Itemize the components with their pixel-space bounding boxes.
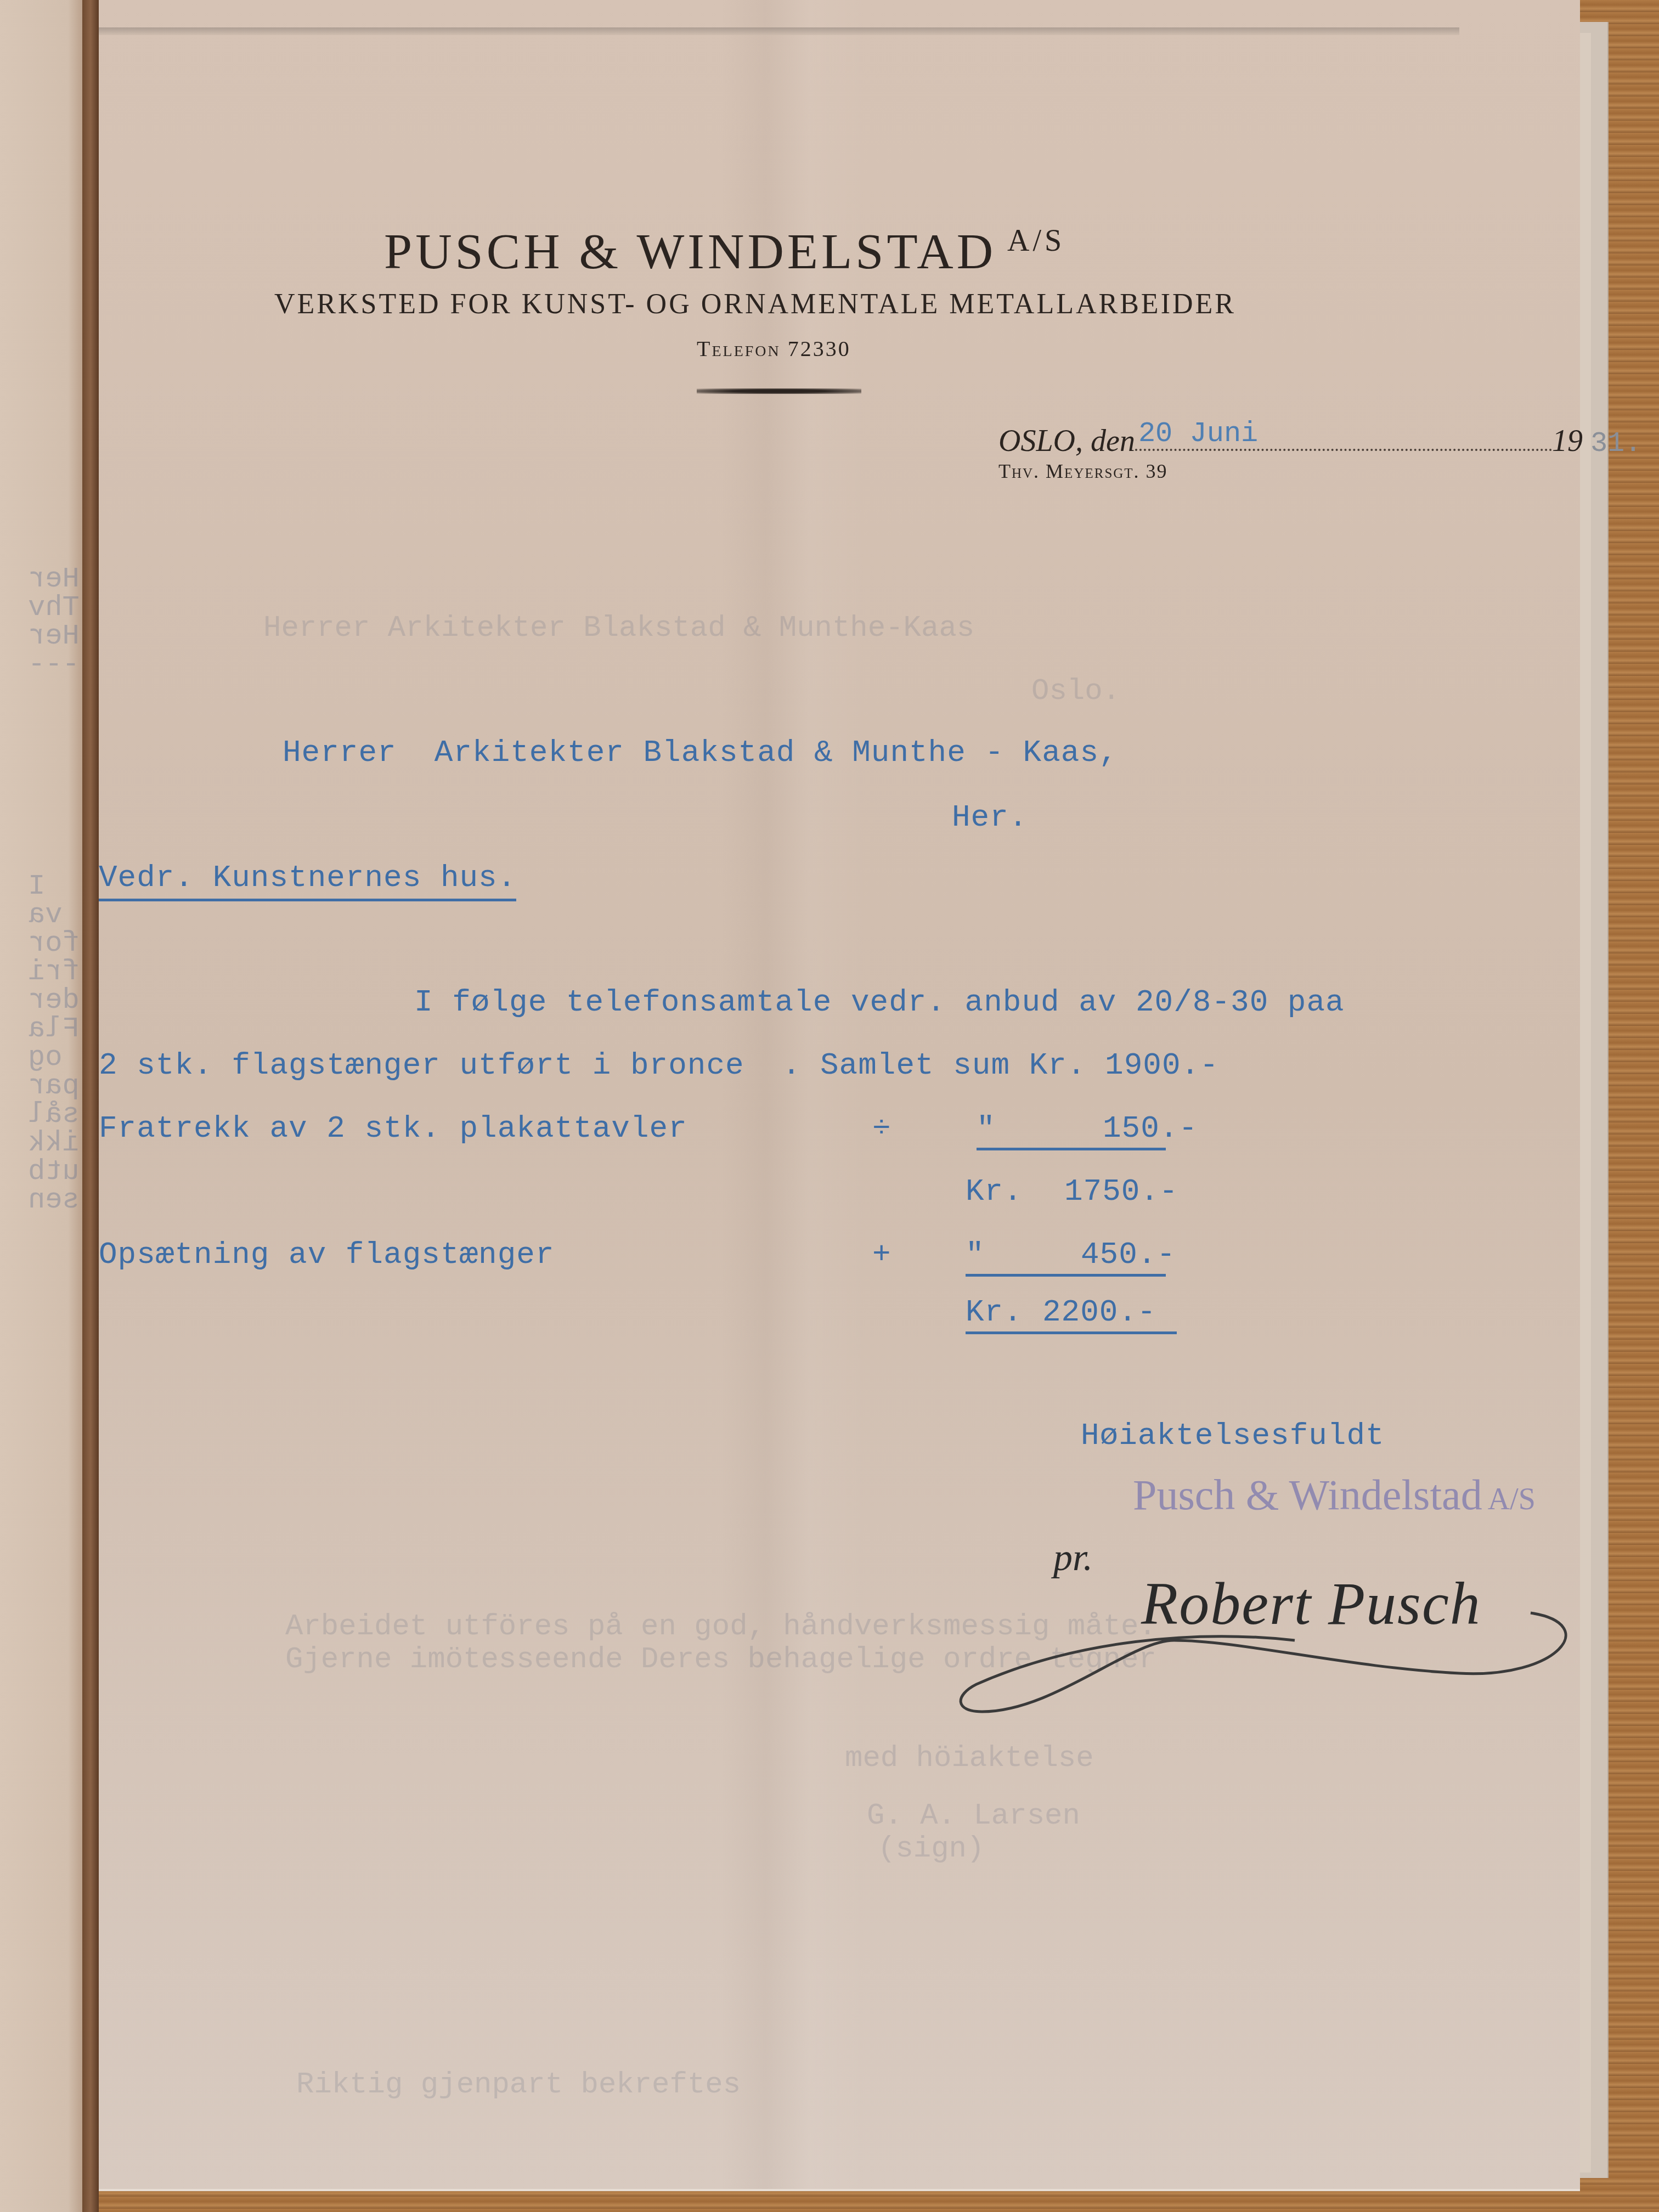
- body-line: 2 stk. flagstænger utført i bronce . Sam…: [99, 1048, 1219, 1083]
- adjacent-page: Her Thv Her --- I va for fri der Fla og …: [0, 0, 85, 2212]
- recipient-line: Herrer Arkitekter Blakstad & Munthe - Ka…: [283, 735, 1118, 770]
- binder-edge: [82, 0, 99, 2212]
- show-through-line: med höiaktelse: [845, 1742, 1094, 1775]
- per-procurationem: pr.: [1053, 1536, 1093, 1580]
- company-stamp: Pusch & WindelstadA/S: [1133, 1470, 1536, 1520]
- calc-amount: 150.-: [1103, 1111, 1198, 1146]
- calc-operator: +: [872, 1237, 891, 1272]
- telephone-number: Telefon 72330: [697, 336, 851, 362]
- signature-flourish-icon: [746, 1591, 1569, 1734]
- body-intro: I følge telefonsamtale vedr. anbud av 20…: [414, 985, 1345, 1020]
- typed-year: 31.: [1590, 427, 1642, 460]
- show-through-line: Oslo.: [1031, 675, 1120, 708]
- date-fill-line: 20 Juni: [1135, 422, 1552, 451]
- company-address: Thv. Meyersgt. 39: [998, 460, 1168, 483]
- underline-rule: [966, 1274, 1166, 1277]
- company-name: PUSCH & WINDELSTADA/S: [384, 222, 1317, 280]
- calc-currency: Kr.: [966, 1295, 1023, 1330]
- year-prefix: 19: [1552, 424, 1583, 458]
- company-subtitle: VERKSTED FOR KUNST- OG ORNAMENTALE METAL…: [274, 288, 1426, 320]
- date-line: OSLO, den20 Juni19 31.: [998, 422, 1602, 460]
- stamp-text: Pusch & Windelstad: [1133, 1471, 1482, 1519]
- company-suffix: A/S: [1007, 224, 1065, 258]
- show-through-line: Riktig gjenpart bekreftes: [296, 2068, 741, 2102]
- typed-date: 20 Juni: [1138, 417, 1258, 450]
- torn-top-edge: [99, 27, 1459, 35]
- underline-rule: [977, 1148, 1166, 1150]
- calc-operator: ÷: [872, 1111, 891, 1146]
- subject-line: Vedr. Kunstnernes hus.: [99, 860, 516, 901]
- calc-total: 2200.-: [1042, 1295, 1156, 1330]
- recipient-location: Her.: [952, 800, 1028, 835]
- closing-salutation: Høiaktelsesfuldt: [1081, 1418, 1385, 1453]
- total-underline-rule: [966, 1331, 1177, 1334]
- bleed-through-text: Her Thv Her ---: [28, 565, 80, 679]
- calc-label: Opsætning av flagstænger: [99, 1237, 555, 1272]
- bleed-through-text: I va for fri der Fla og par sål ikk utb …: [28, 872, 80, 1215]
- calc-label: Fratrekk av 2 stk. plakattavler: [99, 1111, 687, 1146]
- show-through-line: G. A. Larsen: [867, 1799, 1080, 1833]
- letter-page: Herrer Arkitekter Blakstad & Munthe-Kaas…: [99, 0, 1580, 2191]
- calc-amount: 450.-: [1081, 1237, 1176, 1272]
- calc-subtotal: 1750.-: [1064, 1174, 1178, 1209]
- company-name-text: PUSCH & WINDELSTAD: [384, 223, 996, 279]
- calc-ditto: ": [977, 1111, 996, 1146]
- ornament-divider: [697, 388, 861, 394]
- place-prefix: OSLO, den: [998, 424, 1135, 458]
- calc-ditto: ": [966, 1237, 985, 1272]
- show-through-line: Herrer Arkitekter Blakstad & Munthe-Kaas: [263, 612, 974, 645]
- stamp-suffix: A/S: [1488, 1482, 1536, 1516]
- calc-currency: Kr.: [966, 1174, 1023, 1209]
- show-through-line: (sign): [878, 1832, 984, 1866]
